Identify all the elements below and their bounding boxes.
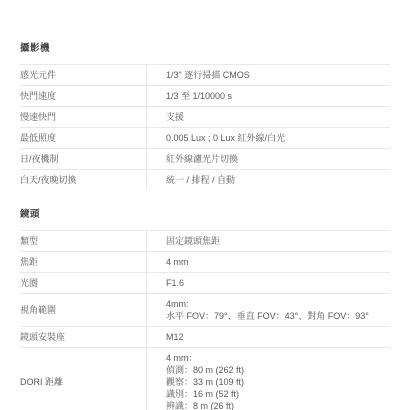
spec-row: 鏡頭安裝座 M12	[20, 326, 390, 347]
spec-value-line: 統一 / 排程 / 自動	[166, 174, 390, 186]
section-title: 鏡頭	[20, 206, 390, 220]
spec-label: 慢速快門	[20, 107, 147, 127]
spec-row: 白天/夜晚切換 統一 / 排程 / 自動	[20, 169, 390, 190]
spec-row: 類型 固定鏡頭焦距	[20, 230, 390, 251]
spec-row: 最低照度 0.005 Lux ; 0 Lux 紅外線/白光	[20, 127, 390, 148]
spec-value-line: M12	[166, 331, 390, 343]
spec-value-line: 辨識：8 m (26 ft)	[166, 400, 390, 410]
spec-value: F1.6	[147, 273, 390, 293]
spec-value-line: 0.005 Lux ; 0 Lux 紅外線/白光	[166, 132, 390, 144]
spec-value: 0.005 Lux ; 0 Lux 紅外線/白光	[147, 128, 390, 148]
spec-label: 日/夜機制	[20, 149, 147, 169]
spec-section: 攝影機 感光元件 1/3" 逐行掃描 CMOS 快門速度 1/3 至 1/100…	[20, 40, 390, 190]
section-title: 攝影機	[20, 40, 390, 54]
spec-value-line: 1/3 至 1/10000 s	[166, 90, 390, 102]
spec-value-line: 4 mm	[166, 256, 390, 268]
spec-row: 焦距 4 mm	[20, 251, 390, 272]
spec-value-line: F1.6	[166, 277, 390, 289]
spec-label: 類型	[20, 231, 147, 251]
spec-row: 光圈 F1.6	[20, 272, 390, 293]
spec-row: 感光元件 1/3" 逐行掃描 CMOS	[20, 64, 390, 85]
spec-label: 白天/夜晚切換	[20, 170, 147, 190]
spec-value-line: 紅外線濾光片切換	[166, 153, 390, 165]
spec-value: 固定鏡頭焦距	[147, 231, 390, 251]
spec-row: 日/夜機制 紅外線濾光片切換	[20, 148, 390, 169]
spec-label: DORI 距離	[20, 348, 147, 410]
spec-label: 光圈	[20, 273, 147, 293]
spec-label: 鏡頭安裝座	[20, 327, 147, 347]
spec-sections-container: 攝影機 感光元件 1/3" 逐行掃描 CMOS 快門速度 1/3 至 1/100…	[20, 40, 390, 410]
spec-value: 統一 / 排程 / 自動	[147, 170, 390, 190]
spec-value: 4 mm	[147, 252, 390, 272]
spec-value-line: 固定鏡頭焦距	[166, 235, 390, 247]
spec-row: 慢速快門 支援	[20, 106, 390, 127]
spec-value-line: 4 mm：	[166, 352, 390, 364]
spec-value-line: 4mm:	[166, 298, 390, 310]
spec-table: 類型 固定鏡頭焦距 焦距 4 mm 光圈 F1.6 視角範圍 4mm:水平 FO…	[20, 230, 390, 410]
spec-label: 焦距	[20, 252, 147, 272]
spec-value-line: 1/3" 逐行掃描 CMOS	[166, 69, 390, 81]
spec-value: 4mm:水平 FOV：79°、垂直 FOV：43°、對角 FOV：93°	[147, 294, 390, 326]
spec-value-line: 識別：16 m (52 ft)	[166, 388, 390, 400]
spec-value: 1/3 至 1/10000 s	[147, 86, 390, 106]
spec-value-line: 水平 FOV：79°、垂直 FOV：43°、對角 FOV：93°	[166, 310, 390, 322]
spec-row: 快門速度 1/3 至 1/10000 s	[20, 85, 390, 106]
spec-value-line: 觀察：33 m (109 ft)	[166, 376, 390, 388]
spec-label: 感光元件	[20, 65, 147, 85]
spec-value: M12	[147, 327, 390, 347]
spec-value: 4 mm：偵測：80 m (262 ft)觀察：33 m (109 ft)識別：…	[147, 348, 390, 410]
spec-value: 1/3" 逐行掃描 CMOS	[147, 65, 390, 85]
spec-row: 視角範圍 4mm:水平 FOV：79°、垂直 FOV：43°、對角 FOV：93…	[20, 293, 390, 326]
spec-page: 攝影機 感光元件 1/3" 逐行掃描 CMOS 快門速度 1/3 至 1/100…	[0, 0, 410, 410]
spec-label: 快門速度	[20, 86, 147, 106]
spec-label: 視角範圍	[20, 294, 147, 326]
spec-row: DORI 距離 4 mm：偵測：80 m (262 ft)觀察：33 m (10…	[20, 347, 390, 410]
spec-value: 支援	[147, 107, 390, 127]
spec-value: 紅外線濾光片切換	[147, 149, 390, 169]
spec-value-line: 支援	[166, 111, 390, 123]
spec-table: 感光元件 1/3" 逐行掃描 CMOS 快門速度 1/3 至 1/10000 s…	[20, 64, 390, 190]
spec-value-line: 偵測：80 m (262 ft)	[166, 364, 390, 376]
spec-section: 鏡頭 類型 固定鏡頭焦距 焦距 4 mm 光圈 F1.6 視角範圍 4mm:水平…	[20, 206, 390, 410]
spec-label: 最低照度	[20, 128, 147, 148]
